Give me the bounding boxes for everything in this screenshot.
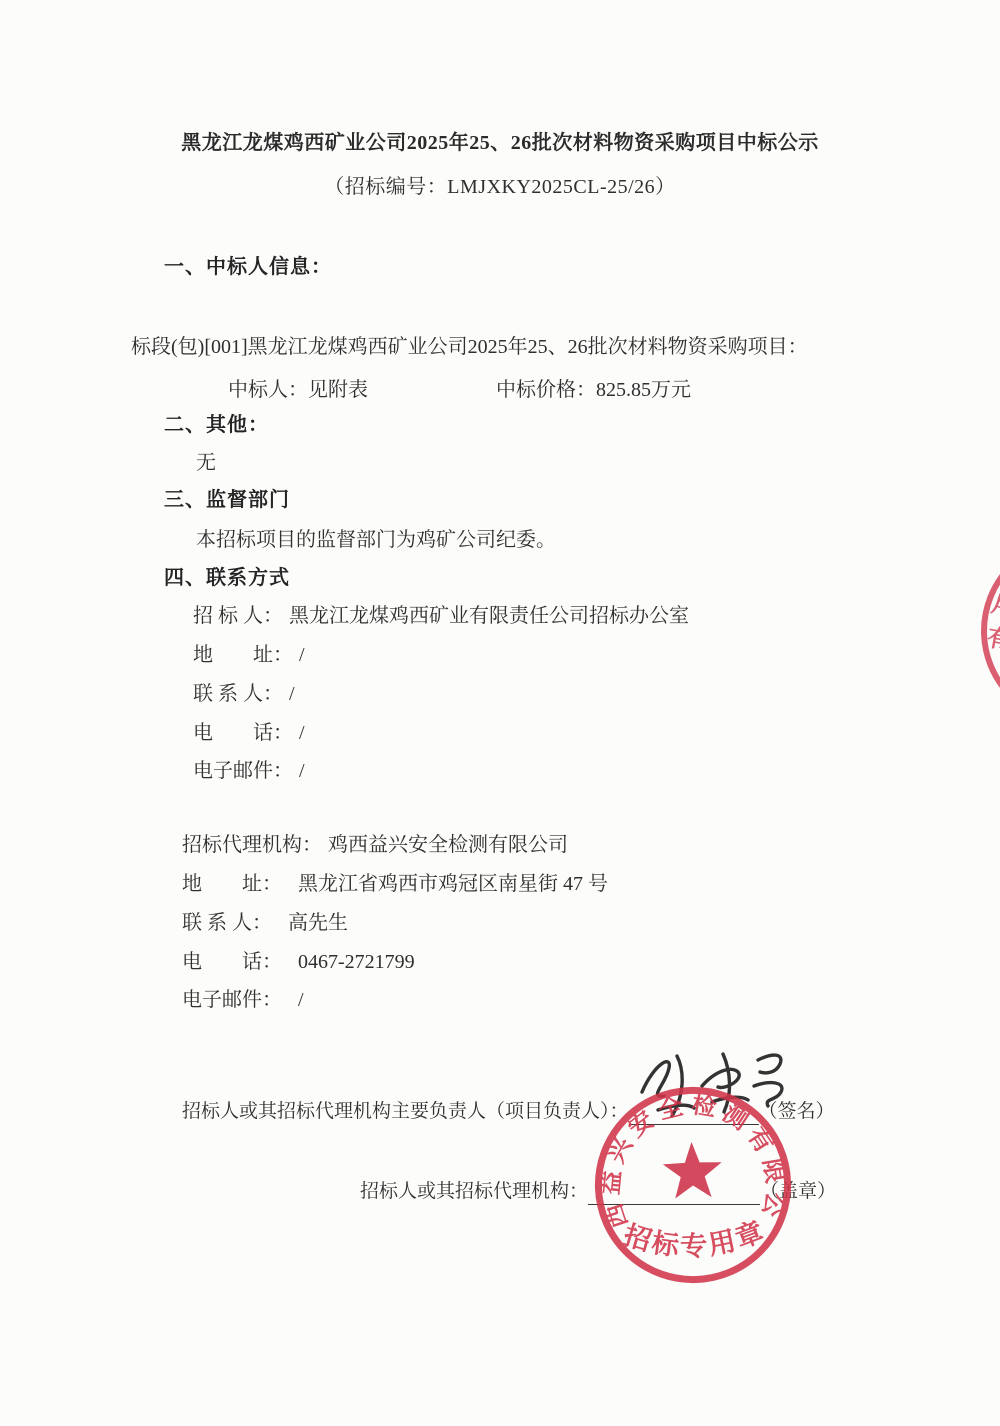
leader-signature-label: 招标人或其招标代理机构主要负责人（项目负责人）：: [182, 1101, 629, 1122]
agency-label: 招标代理机构：: [182, 832, 322, 858]
price-value: 825.85万元: [596, 379, 691, 401]
agency-value: 高先生: [288, 912, 348, 934]
section-2-body: 无: [196, 450, 216, 476]
winner-value: 见附表: [308, 379, 368, 401]
winner-row: 中标人：见附表 中标价格：825.85万元: [228, 377, 691, 403]
edge-stamp-fragment: 用 有: [954, 545, 1000, 721]
document-page: 黑龙江龙煤鸡西矿业公司2025年25、26批次材料物资采购项目中标公示 （招标编…: [0, 0, 1000, 1426]
leader-signature-row: 招标人或其招标代理机构主要负责人（项目负责人）：（签名）: [182, 1099, 835, 1125]
tenderer-label: 电子邮件：: [193, 758, 293, 784]
agency-label: 电子邮件：: [182, 987, 282, 1013]
tenderer-row: 地 址：/: [193, 642, 305, 668]
lot-line: 标段(包)[001]黑龙江龙煤鸡西矿业公司2025年25、26批次材料物资采购项…: [131, 334, 808, 360]
signature-suffix: （签名）: [759, 1101, 835, 1122]
svg-text:招标专用章: 招标专用章: [619, 1214, 770, 1264]
agency-value: /: [298, 989, 304, 1011]
tenderer-label: 电 话：: [193, 720, 293, 746]
edge-stamp-arc-icon: 用 有: [954, 545, 1000, 721]
agency-row: 电子邮件：/: [182, 987, 304, 1013]
agency-row: 电 话：0467-2721799: [182, 949, 415, 975]
tenderer-value: /: [299, 760, 305, 782]
signature-ink-icon: [628, 1046, 800, 1144]
agency-value: 0467-2721799: [298, 951, 415, 973]
tender-number-line: （招标编号：LMJXKY2025CL-25/26）: [0, 174, 1000, 200]
tenderer-row: 电子邮件：/: [193, 758, 305, 784]
document-title: 黑龙江龙煤鸡西矿业公司2025年25、26批次材料物资采购项目中标公示: [0, 130, 1000, 156]
tenderer-label: 招 标 人：: [193, 603, 283, 629]
org-seal-label: 招标人或其招标代理机构：: [360, 1181, 588, 1202]
stamp-caption-text: 招标专用章: [619, 1214, 770, 1264]
tenderer-row: 电 话：/: [193, 720, 305, 746]
tenderer-row: 招 标 人：黑龙江龙煤鸡西矿业有限责任公司招标办公室: [193, 603, 689, 629]
tenderer-value: 黑龙江龙煤鸡西矿业有限责任公司招标办公室: [289, 605, 689, 627]
agency-row: 招标代理机构：鸡西益兴安全检测有限公司: [182, 832, 568, 858]
tenderer-value: /: [289, 683, 295, 705]
section-3-body: 本招标项目的监督部门为鸡矿公司纪委。: [196, 527, 556, 553]
section-2-heading: 二、其他：: [164, 412, 269, 438]
tenderer-label: 联 系 人：: [193, 681, 283, 707]
winner-label: 中标人：: [228, 379, 308, 401]
agency-value: 鸡西益兴安全检测有限公司: [328, 834, 568, 856]
tenderer-label: 地 址：: [193, 642, 293, 668]
agency-row: 地 址：黑龙江省鸡西市鸡冠区南星街 47 号: [182, 871, 608, 897]
agency-label: 电 话：: [182, 949, 282, 975]
agency-row: 联 系 人：高先生: [182, 910, 348, 936]
tenderer-value: /: [299, 644, 305, 666]
org-seal-row: 招标人或其招标代理机构：（盖章）: [360, 1179, 836, 1205]
section-3-heading: 三、监督部门: [164, 487, 290, 513]
agency-label: 联 系 人：: [182, 910, 272, 936]
seal-line: [588, 1180, 760, 1205]
tenderer-row: 联 系 人：/: [193, 681, 295, 707]
seal-suffix: （盖章）: [760, 1181, 836, 1202]
tenderer-value: /: [299, 722, 305, 744]
handwritten-signature: [628, 1046, 800, 1144]
agency-label: 地 址：: [182, 871, 282, 897]
price-label: 中标价格：: [496, 379, 596, 401]
signature-line: [629, 1100, 759, 1125]
svg-text:有: 有: [985, 623, 1000, 655]
section-4-heading: 四、联系方式: [164, 565, 290, 591]
svg-text:用: 用: [988, 591, 1000, 624]
section-1-heading: 一、中标人信息：: [164, 254, 332, 280]
agency-value: 黑龙江省鸡西市鸡冠区南星街 47 号: [298, 873, 608, 895]
